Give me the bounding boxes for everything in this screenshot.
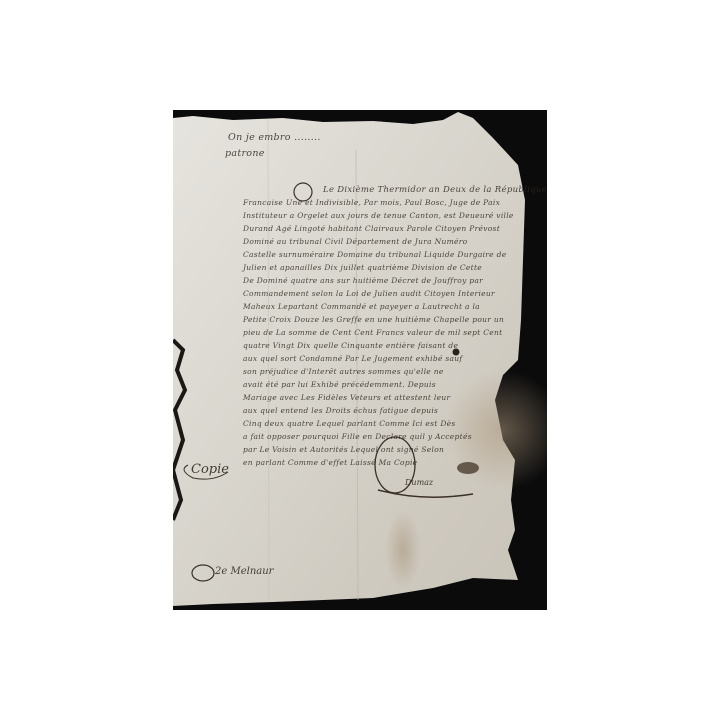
body-line: Dominé au tribunal Civil Département de … <box>243 237 467 246</box>
margin-note-copie: Copie <box>191 462 229 477</box>
footer-note: 2e Melnaur <box>215 566 273 577</box>
body-line: Le Dixième Thermidor an Deux de la Répub… <box>323 185 547 195</box>
body-line: Castelle surnuméraire Domaine du tribuna… <box>243 250 506 259</box>
body-line: son préjudice d'Interêt autres sommes qu… <box>243 367 444 376</box>
body-line: Commandement selon la Loi de Julien audi… <box>243 289 495 298</box>
body-line: Francaise Une et Indivisible, Par mois, … <box>243 198 500 207</box>
body-line: Instituteur a Orgelet aux jours de tenue… <box>243 211 514 220</box>
header-line: On je embro ........ <box>228 132 321 143</box>
header-line: patrone <box>225 148 265 159</box>
body-line: par Le Voisin et Autorités Lequel ont si… <box>243 445 444 454</box>
manuscript-paper: On je embro ........ patrone Le Dixième … <box>173 110 547 610</box>
body-line: Cinq deux quatre Lequel parlant Comme Ic… <box>243 419 456 428</box>
body-line: quatre Vingt Dix quelle Cinquante entièr… <box>243 341 458 350</box>
body-line: aux quel entend les Droits échus fatigue… <box>243 406 438 415</box>
body-line: Durand Agé Lingoté habitant Clairvaux Pa… <box>243 224 500 233</box>
body-line: en parlant Comme d'effet Laissé Ma Copie <box>243 458 417 467</box>
body-line: Petite Croix Douze les Greffe en une hui… <box>243 315 504 324</box>
body-line: De Dominé quatre ans sur huitième Décret… <box>243 276 483 285</box>
body-line: aux quel sort Condamné Par Le Jugement e… <box>243 354 463 363</box>
signature: Dumaz <box>405 478 433 487</box>
body-line: Mariage avec Les Fidèles Veteurs et atte… <box>243 393 450 402</box>
body-line: Julien et apanailles Dix juillet quatriè… <box>243 263 482 272</box>
body-line: avait été par lui Exhibé précédemment. D… <box>243 380 436 389</box>
document-photo: On je embro ........ patrone Le Dixième … <box>173 110 547 610</box>
body-line: a fait opposer pourquoi Fille en Declare… <box>243 432 472 441</box>
body-line: pieu de La somme de Cent Cent Francs val… <box>243 328 502 337</box>
body-line: Maheux Lepartant Commandé et payeyer a L… <box>243 302 480 311</box>
